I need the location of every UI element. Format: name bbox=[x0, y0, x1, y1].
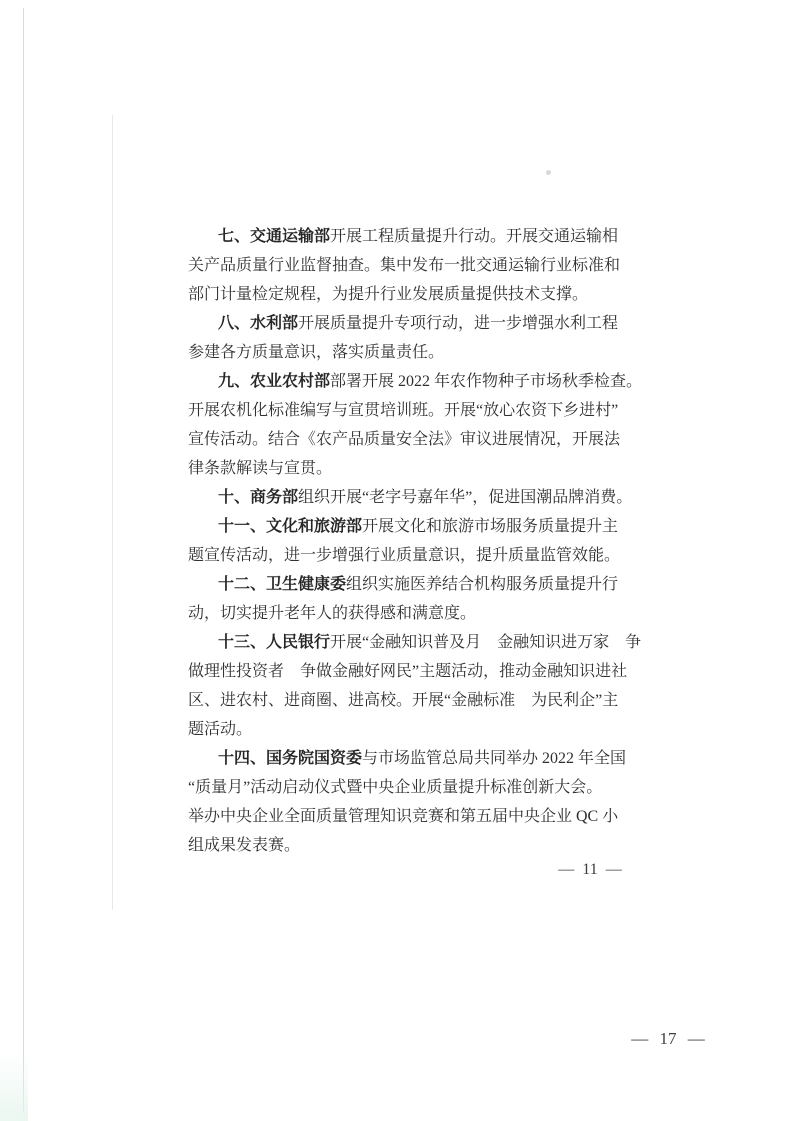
paragraph: 九、农业农村部部署开展 2022 年农作物种子市场秋季检查。开展农机化标准编写与… bbox=[188, 367, 624, 483]
text-line: 参建各方质量意识，落实质量责任。 bbox=[188, 338, 624, 367]
text-line: 七、交通运输部开展工程质量提升行动。开展交通运输相 bbox=[188, 222, 624, 251]
scan-edge-line-left bbox=[23, 8, 24, 1113]
text-line: 题宣传活动，进一步增强行业质量意识，提升质量监管效能。 bbox=[188, 541, 624, 570]
scan-speck bbox=[546, 170, 551, 175]
section-heading: 七、交通运输部 bbox=[218, 228, 330, 245]
body-text: 开展“金融知识普及月 金融知识进万家 争 bbox=[330, 634, 641, 651]
section-heading: 八、水利部 bbox=[218, 315, 298, 332]
section-heading: 十一、文化和旅游部 bbox=[218, 518, 362, 535]
text-line: 十二、卫生健康委组织实施医养结合机构服务质量提升行 bbox=[188, 570, 624, 599]
body-text: 组织实施医养结合机构服务质量提升行 bbox=[346, 576, 618, 593]
body-text: 组成果发表赛。 bbox=[188, 837, 300, 854]
body-text: 动，切实提升老年人的获得感和满意度。 bbox=[188, 605, 476, 622]
text-line: 律条款解读与宣贯。 bbox=[188, 454, 624, 483]
body-text: 参建各方质量意识，落实质量责任。 bbox=[188, 344, 444, 361]
document-body: 七、交通运输部开展工程质量提升行动。开展交通运输相关产品质量行业监督抽查。集中发… bbox=[188, 222, 624, 860]
text-line: 组成果发表赛。 bbox=[188, 831, 624, 860]
scan-corner-tint bbox=[0, 1052, 28, 1121]
text-line: 十三、人民银行开展“金融知识普及月 金融知识进万家 争 bbox=[188, 628, 624, 657]
body-text: 区、进农村、进商圈、进高校。开展“金融标准 为民利企”主 bbox=[188, 692, 618, 709]
body-text: 关产品质量行业监督抽查。集中发布一批交通运输行业标准和 bbox=[188, 257, 620, 274]
text-line: “质量月”活动启动仪式暨中央企业质量提升标准创新大会。 bbox=[188, 773, 624, 802]
body-text: 开展农机化标准编写与宣贯培训班。开展“放心农资下乡进村” bbox=[188, 402, 618, 419]
scan-crease-line bbox=[112, 115, 113, 910]
section-heading: 十二、卫生健康委 bbox=[218, 576, 346, 593]
text-line: 关产品质量行业监督抽查。集中发布一批交通运输行业标准和 bbox=[188, 251, 624, 280]
text-line: 区、进农村、进商圈、进高校。开展“金融标准 为民利企”主 bbox=[188, 686, 624, 715]
body-text: 与市场监管总局共同举办 2022 年全国 bbox=[362, 750, 626, 767]
paragraph: 十三、人民银行开展“金融知识普及月 金融知识进万家 争做理性投资者 争做金融好网… bbox=[188, 628, 624, 744]
section-heading: 十、商务部 bbox=[218, 489, 298, 506]
paragraph: 七、交通运输部开展工程质量提升行动。开展交通运输相关产品质量行业监督抽查。集中发… bbox=[188, 222, 624, 309]
body-text: 律条款解读与宣贯。 bbox=[188, 460, 332, 477]
text-line: 宣传活动。结合《农产品质量安全法》审议进展情况，开展法 bbox=[188, 425, 624, 454]
text-line: 十四、国务院国资委与市场监管总局共同举办 2022 年全国 bbox=[188, 744, 624, 773]
paragraph: 八、水利部开展质量提升专项行动，进一步增强水利工程参建各方质量意识，落实质量责任… bbox=[188, 309, 624, 367]
scanned-document-page: 七、交通运输部开展工程质量提升行动。开展交通运输相关产品质量行业监督抽查。集中发… bbox=[0, 0, 793, 1121]
paragraph: 十一、文化和旅游部开展文化和旅游市场服务质量提升主题宣传活动，进一步增强行业质量… bbox=[188, 512, 624, 570]
inner-page-number: — 11 — bbox=[545, 860, 635, 880]
text-line: 九、农业农村部部署开展 2022 年农作物种子市场秋季检查。 bbox=[188, 367, 624, 396]
paragraph: 十四、国务院国资委与市场监管总局共同举办 2022 年全国“质量月”活动启动仪式… bbox=[188, 744, 624, 860]
text-line: 十、商务部组织开展“老字号嘉年华”，促进国潮品牌消费。 bbox=[188, 483, 624, 512]
section-heading: 十四、国务院国资委 bbox=[218, 750, 362, 767]
text-line: 题活动。 bbox=[188, 715, 624, 744]
body-text: 部门计量检定规程，为提升行业发展质量提供技术支撑。 bbox=[188, 286, 588, 303]
text-line: 八、水利部开展质量提升专项行动，进一步增强水利工程 bbox=[188, 309, 624, 338]
body-text: 做理性投资者 争做金融好网民”主题活动，推动金融知识进社 bbox=[188, 663, 627, 680]
body-text: 开展质量提升专项行动，进一步增强水利工程 bbox=[298, 315, 618, 332]
body-text: “质量月”活动启动仪式暨中央企业质量提升标准创新大会。 bbox=[188, 779, 602, 796]
body-text: 举办中央企业全面质量管理知识竞赛和第五届中央企业 QC 小 bbox=[188, 808, 618, 825]
body-text: 题宣传活动，进一步增强行业质量意识，提升质量监管效能。 bbox=[188, 547, 620, 564]
body-text: 部署开展 2022 年农作物种子市场秋季检查。 bbox=[330, 373, 642, 390]
paragraph: 十、商务部组织开展“老字号嘉年华”，促进国潮品牌消费。 bbox=[188, 483, 624, 512]
text-line: 部门计量检定规程，为提升行业发展质量提供技术支撑。 bbox=[188, 280, 624, 309]
body-text: 题活动。 bbox=[188, 721, 252, 738]
body-text: 宣传活动。结合《农产品质量安全法》审议进展情况，开展法 bbox=[188, 431, 620, 448]
body-text: 组织开展“老字号嘉年华”，促进国潮品牌消费。 bbox=[298, 489, 632, 506]
body-text: 开展工程质量提升行动。开展交通运输相 bbox=[330, 228, 618, 245]
section-heading: 九、农业农村部 bbox=[218, 373, 330, 390]
text-line: 开展农机化标准编写与宣贯培训班。开展“放心农资下乡进村” bbox=[188, 396, 624, 425]
paragraph: 十二、卫生健康委组织实施医养结合机构服务质量提升行动，切实提升老年人的获得感和满… bbox=[188, 570, 624, 628]
outer-page-number: — 17 — bbox=[628, 1028, 708, 1050]
body-text: 开展文化和旅游市场服务质量提升主 bbox=[362, 518, 618, 535]
text-line: 举办中央企业全面质量管理知识竞赛和第五届中央企业 QC 小 bbox=[188, 802, 624, 831]
section-heading: 十三、人民银行 bbox=[218, 634, 330, 651]
text-line: 动，切实提升老年人的获得感和满意度。 bbox=[188, 599, 624, 628]
text-line: 做理性投资者 争做金融好网民”主题活动，推动金融知识进社 bbox=[188, 657, 624, 686]
text-line: 十一、文化和旅游部开展文化和旅游市场服务质量提升主 bbox=[188, 512, 624, 541]
